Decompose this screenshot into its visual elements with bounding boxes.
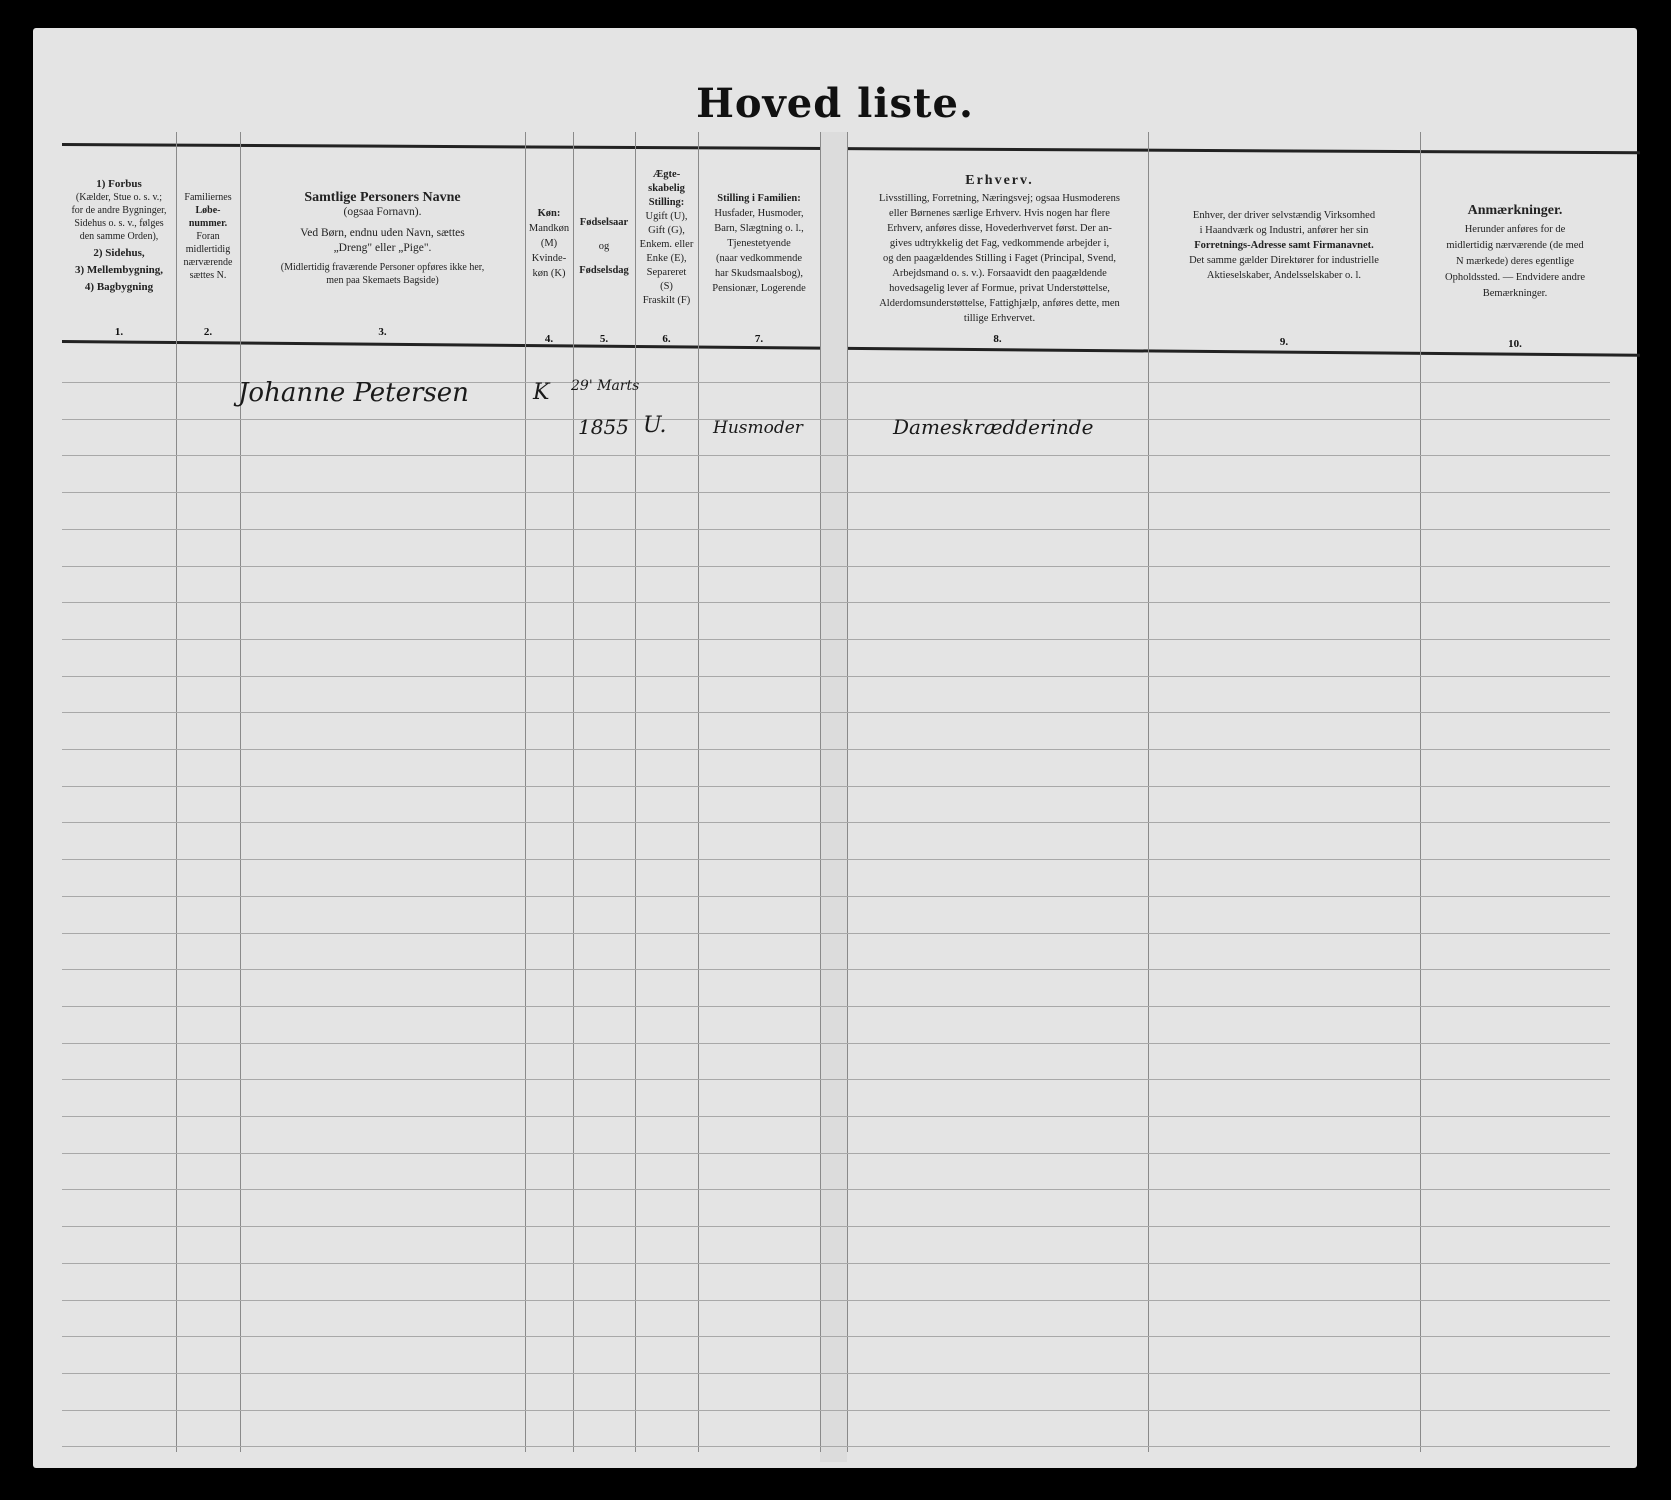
col-number: 2. [176,326,240,338]
row-line [62,1300,1610,1301]
col-number: 1. [62,326,176,338]
col3-header: Samtlige Personers Navne (ogsaa Fornavn)… [240,190,525,287]
header-line: Separeret [635,266,698,280]
header-line: Fødselsaar [573,211,635,235]
header-line: Løbe- [176,204,240,217]
header-heading: Stilling i Familien: [698,191,820,206]
header-line: Enhver, der driver selvstændig Virksomhe… [1148,208,1420,223]
row-line [62,1006,1610,1007]
header-heading: Anmærkninger. [1420,203,1610,219]
header-line: Barn, Slægtning o. l., [698,221,820,236]
header-line: og den paagældendes Stilling i Faget (Pr… [851,251,1148,266]
header-line: Sidehus o. s. v., følges [62,217,176,230]
header-line: Pensionær, Logerende [698,281,820,296]
header-line: skabelig [635,182,698,196]
header-line: (ogsaa Fornavn). [240,205,525,220]
header-line: eller Børnenes særlige Erhverv. Hvis nog… [851,206,1148,221]
header-line: Fraskilt (F) [635,294,698,308]
col6-header: Ægte- skabelig Stilling: Ugift (U), Gift… [635,168,698,308]
header-line: Enke (E), [635,252,698,266]
row-line [62,1336,1610,1337]
entry-name: Johanne Petersen [238,378,469,408]
row-line [62,1410,1610,1411]
row-line [62,1226,1610,1227]
row-line [62,896,1610,897]
header-line: Gift (G), [635,224,698,238]
header-line: Mandkøn [525,221,573,236]
header-line: nærværende [176,256,240,269]
col-line [820,132,821,1452]
header-line: N mærkede) deres egentlige [1420,254,1610,270]
row-line [62,419,1610,420]
header-line: Det samme gælder Direktører for industri… [1148,253,1420,268]
row-line [62,859,1610,860]
col5-header: Fødselsaar og Fødselsdag [573,211,635,283]
header-heading: Erhverv. [851,173,1148,188]
col10-header: Anmærkninger. Herunder anføres for de mi… [1420,203,1610,302]
col-line [635,132,636,1452]
col-number: 6. [635,333,698,345]
header-line: tillige Erhvervet. [851,311,1148,326]
row-line [62,822,1610,823]
header-line: (Kælder, Stue o. s. v.; [62,191,176,204]
col-number: 9. [1148,336,1420,348]
header-line: og [573,235,635,259]
row-line [62,602,1610,603]
col-line [1148,132,1149,1452]
header-line: 3) Mellembygning, [62,264,176,277]
header-line: 4) Bagbygning [62,281,176,294]
row-line [62,1079,1610,1080]
row-line [62,786,1610,787]
row-line [62,1153,1610,1154]
col-number: 4. [525,333,573,345]
header-line: gives udtrykkelig det Fag, vedkommende a… [851,236,1148,251]
header-line: Køn: [525,206,573,221]
header-line: Foran [176,230,240,243]
header-line: Livsstilling, Forretning, Næringsvej; og… [851,191,1148,206]
row-line [62,1263,1610,1264]
col-line [847,132,848,1452]
row-line [62,1189,1610,1190]
header-line: Bemærkninger. [1420,286,1610,302]
header-line: Stilling: [635,196,698,210]
col9-header: Enhver, der driver selvstændig Virksomhe… [1148,208,1420,283]
col-number: 10. [1420,338,1610,350]
form-title: Hoved liste. [33,80,1637,127]
header-line: 2) Sidehus, [62,247,176,260]
entry-sex: K [533,380,549,405]
header-line: Kvinde- [525,251,573,266]
header-line: Forretnings-Adresse samt Firmanavnet. [1148,238,1420,253]
header-line: midlertidig nærværende (de med [1420,238,1610,254]
header-line: har Skudsmaalsbog), [698,266,820,281]
header-line: Tjenestetyende [698,236,820,251]
header-line: (S) [635,280,698,294]
header-line: Opholdssted. — Endvidere andre [1420,270,1610,286]
row-line [62,639,1610,640]
row-line [62,749,1610,750]
row-line [62,712,1610,713]
header-line: (naar vedkommende [698,251,820,266]
header-line: Herunder anføres for de [1420,222,1610,238]
row-line [62,529,1610,530]
header-line: „Dreng" eller „Pige". [240,241,525,256]
row-line [62,1373,1610,1374]
entry-family-position: Husmoder [713,418,803,438]
col1-header: 1) Forbus (Kælder, Stue o. s. v.; for de… [62,178,176,294]
row-line [62,933,1610,934]
header-line: Arbejdsmand o. s. v.). Forsaavidt den pa… [851,266,1148,281]
header-line: nummer. [176,217,240,230]
row-line [62,969,1610,970]
row-line [62,676,1610,677]
col-line [573,132,574,1452]
header-line: sættes N. [176,269,240,282]
header-line: men paa Skemaets Bagside) [240,274,525,287]
header-line: hovedsagelig lever af Formue, privat Und… [851,281,1148,296]
header-line: Fødselsdag [573,259,635,283]
entry-birth-day: 29' Marts [571,378,639,394]
census-form-page: Hoved liste. 1) Forbus (Kælder, Stue o. … [33,28,1637,1468]
col-number: 7. [698,333,820,345]
header-line: Enkem. eller [635,238,698,252]
col8-header: Erhverv. Livsstilling, Forretning, Nærin… [851,173,1148,326]
header-line: den samme Orden), [62,230,176,243]
col-number: 8. [847,333,1148,345]
header-line: Familiernes [176,191,240,204]
row-line [62,1043,1610,1044]
row-line [62,566,1610,567]
header-line: (Midlertidig fraværende Personer opføres… [240,261,525,274]
col-line [1420,132,1421,1452]
entry-birth-year: 1855 [578,415,629,439]
row-line [62,1446,1610,1447]
header-line: midlertidig [176,243,240,256]
col7-header: Stilling i Familien: Husfader, Husmoder,… [698,191,820,296]
header-line: køn (K) [525,266,573,281]
header-line: 1) Forbus [62,178,176,191]
col-number: 3. [240,326,525,338]
col-line [698,132,699,1452]
row-line [62,1116,1610,1117]
top-rule [62,143,1640,154]
entry-occupation: Dameskrædderinde [893,415,1093,439]
col4-header: Køn: Mandkøn (M) Kvinde- køn (K) [525,206,573,281]
header-heading: Samtlige Personers Navne [240,190,525,205]
col-number: 5. [573,333,635,345]
header-line: i Haandværk og Industri, anfører her sin [1148,223,1420,238]
row-line [62,492,1610,493]
header-line: Ved Børn, endnu uden Navn, sættes [240,226,525,241]
header-line: Husfader, Husmoder, [698,206,820,221]
entry-marital-status: U. [643,413,667,438]
col2-header: Familiernes Løbe- nummer. Foran midlerti… [176,191,240,282]
header-line: (M) [525,236,573,251]
header-line: Aktieselskaber, Andelsselskaber o. l. [1148,268,1420,283]
row-line [62,455,1610,456]
header-line: Ugift (U), [635,210,698,224]
header-line: Erhverv, anføres disse, Hovederhvervet f… [851,221,1148,236]
header-line: Ægte- [635,168,698,182]
header-line: for de andre Bygninger, [62,204,176,217]
col-line [525,132,526,1452]
header-line: Alderdomsunderstøttelse, Fattighjælp, an… [851,296,1148,311]
